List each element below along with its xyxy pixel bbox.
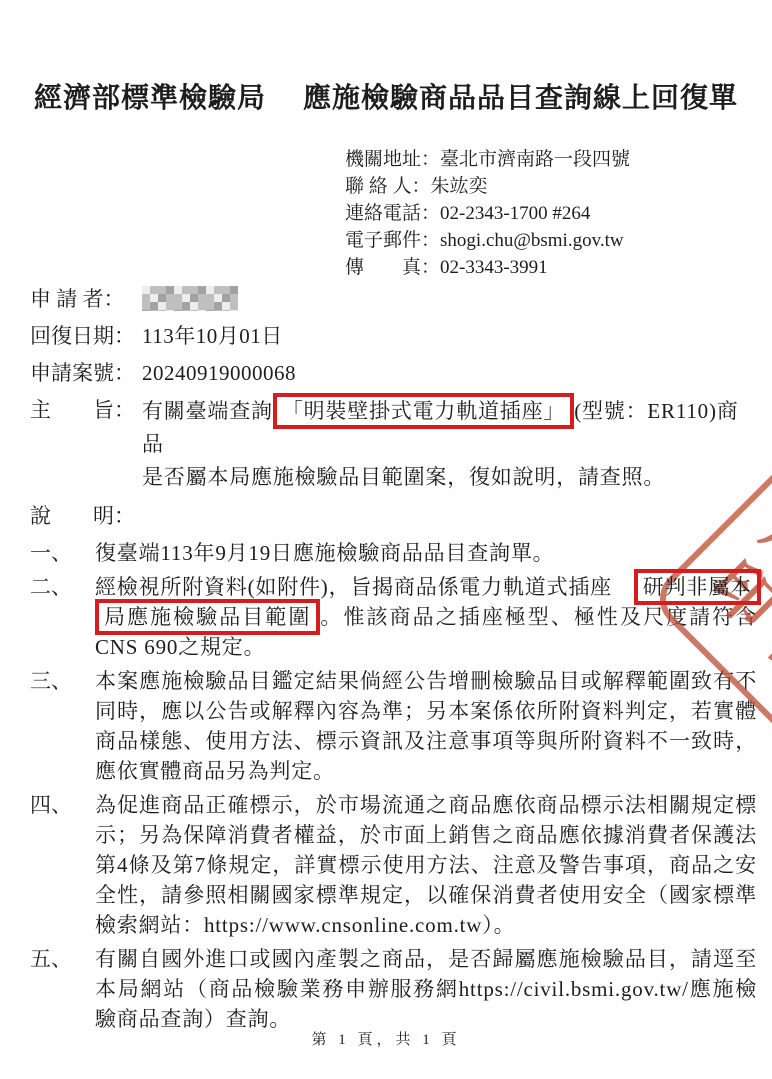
text-run: 有關臺端查詢 [142,399,273,423]
contact-email: 電子郵件：shogi.chu@bsmi.gov.tw [345,227,772,254]
contact-person-value: 朱竑奕 [431,176,488,197]
reply-date-value: 113年10月01日 [142,321,283,351]
text-run: 本案應施檢驗品目鑑定結果倘經公告增刪檢驗品目或解釋範圍致有不同時，應以公告或解釋… [95,669,757,783]
applicant-redacted [142,286,238,311]
highlight-box: 「明裝壁掛式電力軌道插座」 [273,393,574,429]
applicant-row: 申 請 者： [30,284,772,314]
item-row: 三、本案應施檢驗品目鑑定結果倘經公告增刪檢驗品目或解釋範圍致有不同時，應以公告或… [30,666,772,786]
case-no-value: 20240919000068 [142,358,296,388]
contact-person: 聯 絡 人：朱竑奕 [345,173,772,200]
contact-fax-label: 傳 真： [345,257,440,278]
item-row: 五、有關自國外進口或國內產製之商品，是否歸屬應施檢驗品目，請逕至本局網站（商品檢… [30,944,772,1034]
explanation-label: 說 明： [30,501,142,531]
item-row: 一、復臺端113年9月19日應施檢驗商品品目查詢單。 [30,538,772,568]
text-run: 是否屬本局應施檢驗品目範圍案，復如說明，請查照。 [142,465,665,489]
contact-address: 機關地址：臺北市濟南路一段四號 [345,146,772,173]
subject-label: 主 旨： [30,395,142,494]
text-run: 有關自國外進口或國內產製之商品，是否歸屬應施檢驗品目，請逕至本局網站（商品檢驗業… [95,947,757,1031]
reply-date-label: 回復日期： [30,321,142,351]
text-run: 復臺端113年9月19日應施檢驗商品品目查詢單。 [95,541,554,565]
contact-phone-label: 連絡電話： [345,203,440,224]
contact-email-label: 電子郵件： [345,230,440,251]
item-text: 為促進商品正確標示，於市場流通之商品應依商品標示法相關規定標示；另為保障消費者權… [95,790,757,940]
case-no-label: 申請案號： [30,358,142,388]
text-run: 經檢視所附資料(如附件)，旨揭商品係電力軌道式插座 [95,575,634,599]
applicant-label: 申 請 者： [30,284,142,314]
contact-fax: 傳 真：02-3343-3991 [345,254,772,281]
item-number: 二、 [30,572,95,662]
document-title: 經濟部標準檢驗局 應施檢驗商品品目查詢線上回復單 [0,76,772,116]
contact-phone-value: 02-2343-1700 #264 [440,203,590,224]
subject-text: 有關臺端查詢「明裝壁掛式電力軌道插座」(型號：ER110)商品是否屬本局應施檢驗… [142,395,757,494]
fields-block: 申 請 者： 回復日期： 113年10月01日 申請案號： 2024091900… [30,284,772,531]
item-text: 經檢視所附資料(如附件)，旨揭商品係電力軌道式插座 研判非屬本局應施檢驗品目範圍… [95,572,757,662]
contact-phone: 連絡電話：02-2343-1700 #264 [345,200,772,227]
page-number-footer: 第 1 頁，共 1 頁 [0,1028,772,1049]
explanation-row: 說 明： [30,501,772,531]
item-number: 三、 [30,666,95,786]
case-no-row: 申請案號： 20240919000068 [30,358,772,388]
subject-row: 主 旨： 有關臺端查詢「明裝壁掛式電力軌道插座」(型號：ER110)商品是否屬本… [30,395,772,494]
reply-date-row: 回復日期： 113年10月01日 [30,321,772,351]
explanation-items: 一、復臺端113年9月19日應施檢驗商品品目查詢單。二、經檢視所附資料(如附件)… [30,538,772,1034]
contact-email-value: shogi.chu@bsmi.gov.tw [440,230,624,251]
item-text: 有關自國外進口或國內產製之商品，是否歸屬應施檢驗品目，請逕至本局網站（商品檢驗業… [95,944,757,1034]
contact-person-label: 聯 絡 人： [345,176,431,197]
item-number: 四、 [30,790,95,940]
item-number: 一、 [30,538,95,568]
item-text: 本案應施檢驗品目鑑定結果倘經公告增刪檢驗品目或解釋範圍致有不同時，應以公告或解釋… [95,666,757,786]
contact-address-label: 機關地址： [345,149,440,170]
item-row: 四、為促進商品正確標示，於市場流通之商品應依商品標示法相關規定標示；另為保障消費… [30,790,772,940]
text-run: 為促進商品正確標示，於市場流通之商品應依商品標示法相關規定標示；另為保障消費者權… [95,793,757,937]
applicant-value [142,284,238,314]
item-number: 五、 [30,944,95,1034]
item-row: 二、經檢視所附資料(如附件)，旨揭商品係電力軌道式插座 研判非屬本局應施檢驗品目… [30,572,772,662]
contact-block: 機關地址：臺北市濟南路一段四號 聯 絡 人：朱竑奕 連絡電話：02-2343-1… [345,146,772,281]
document-page: 經濟部標準檢驗局 應施檢驗商品品目查詢線上回復單 機關地址：臺北市濟南路一段四號… [0,0,772,1079]
contact-address-value: 臺北市濟南路一段四號 [440,149,630,170]
contact-fax-value: 02-3343-3991 [440,257,548,278]
item-text: 復臺端113年9月19日應施檢驗商品品目查詢單。 [95,538,757,568]
